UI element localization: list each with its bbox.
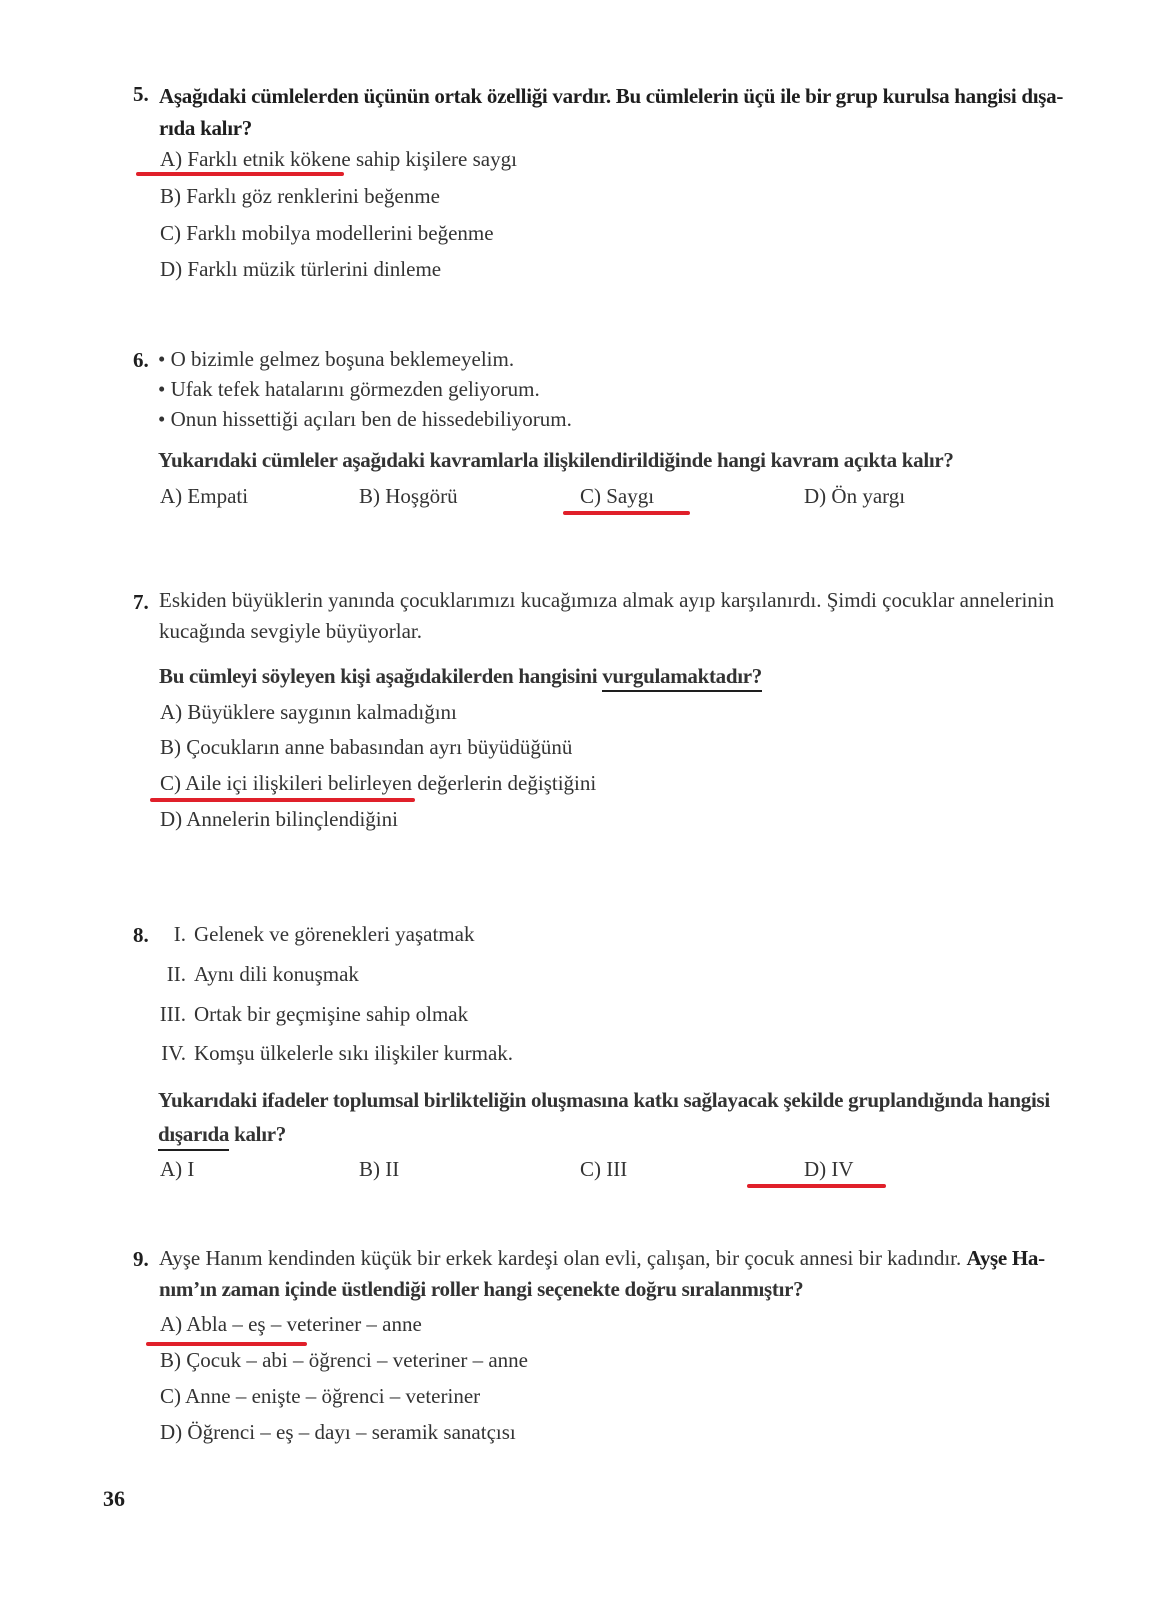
answer-mark [747,1184,886,1188]
option-c[interactable]: C) Farklı mobilya modellerini beğenme [160,221,494,246]
option-c[interactable]: C) Aile içi ilişkileri belirleyen değerl… [160,771,596,796]
option-a[interactable]: A) Farklı etnik kökene sahip kişilere sa… [160,147,517,172]
question-number: 7. [133,590,149,615]
option-b[interactable]: B) Çocuk – abi – öğrenci – veteriner – a… [160,1348,528,1373]
question-prompt: Bu cümleyi söyleyen kişi aşağıdakilerden… [159,664,762,689]
option-c[interactable]: C) III [580,1157,627,1182]
question-prompt: Yukarıdaki cümleler aşağıdaki kavramlarl… [158,448,954,473]
option-c[interactable]: C) Anne – enişte – öğrenci – veteriner [160,1384,480,1409]
item-text: Gelenek ve görenekleri yaşatmak [194,922,474,947]
statement-bullet: • Onun hissettiği açıları ben de hissede… [158,407,572,432]
question-stem-line: Ayşe Hanım kendinden küçük bir erkek kar… [159,1246,1045,1271]
option-a[interactable]: A) Abla – eş – veteriner – anne [160,1312,422,1337]
question-number: 8. [133,923,149,948]
question-number: 9. [133,1247,149,1272]
option-b[interactable]: B) Hoşgörü [359,484,458,509]
item-numeral: II. [150,962,186,987]
prompt-underlined-word: vurgulamaktadır? [602,664,762,692]
option-d[interactable]: D) Farklı müzik türlerini dinleme [160,257,441,282]
question-stem-line: Aşağıdaki cümlelerden üçünün ortak özell… [159,80,1063,112]
question-stem-line: kucağında sevgiyle büyüyorlar. [159,619,422,644]
answer-mark [136,172,344,176]
item-numeral: IV. [150,1041,186,1066]
option-b[interactable]: B) Farklı göz renklerini beğenme [160,184,440,209]
prompt-underlined-word: dışarıda [158,1122,229,1151]
statement-bullet: • Ufak tefek hatalarını görmezden geliyo… [158,377,540,402]
option-c[interactable]: C) Saygı [580,484,654,509]
option-a[interactable]: A) Empati [160,484,248,509]
option-a[interactable]: A) Büyüklere saygının kalmadığını [160,700,457,725]
question-prompt-line: dışarıda kalır? [158,1122,286,1147]
page-number: 36 [103,1486,125,1512]
option-b[interactable]: B) II [359,1157,399,1182]
item-numeral: I. [150,922,186,947]
answer-mark [563,511,690,515]
question-number: 5. [133,82,149,107]
question-stem-line: rıda kalır? [159,112,252,144]
stem-bold-text: Ayşe Ha- [967,1246,1045,1270]
stem-text: Ayşe Hanım kendinden küçük bir erkek kar… [159,1246,967,1270]
question-stem-line: nım’ın zaman içinde üstlendiği roller ha… [159,1277,803,1302]
option-d[interactable]: D) IV [804,1157,854,1182]
answer-mark [150,798,415,802]
question-stem-line: Eskiden büyüklerin yanında çocuklarımızı… [159,588,1054,613]
item-text: Aynı dili konuşmak [194,962,359,987]
answer-mark [146,1342,307,1346]
option-b[interactable]: B) Çocukların anne babasından ayrı büyüd… [160,735,572,760]
question-prompt-line: Yukarıdaki ifadeler toplumsal birlikteli… [158,1088,1050,1113]
option-d[interactable]: D) Ön yargı [804,484,905,509]
option-d[interactable]: D) Annelerin bilinçlendiğini [160,807,398,832]
question-number: 6. [133,348,149,373]
item-text: Komşu ülkelerle sıkı ilişkiler kurmak. [194,1041,513,1066]
option-a[interactable]: A) I [160,1157,194,1182]
item-text: Ortak bir geçmişine sahip olmak [194,1002,468,1027]
option-d[interactable]: D) Öğrenci – eş – dayı – seramik sanatçı… [160,1420,516,1445]
prompt-text: Bu cümleyi söyleyen kişi aşağıdakilerden… [159,664,602,688]
prompt-text: kalır? [229,1122,286,1146]
statement-bullet: • O bizimle gelmez boşuna beklemeyelim. [158,347,514,372]
item-numeral: III. [150,1002,186,1027]
